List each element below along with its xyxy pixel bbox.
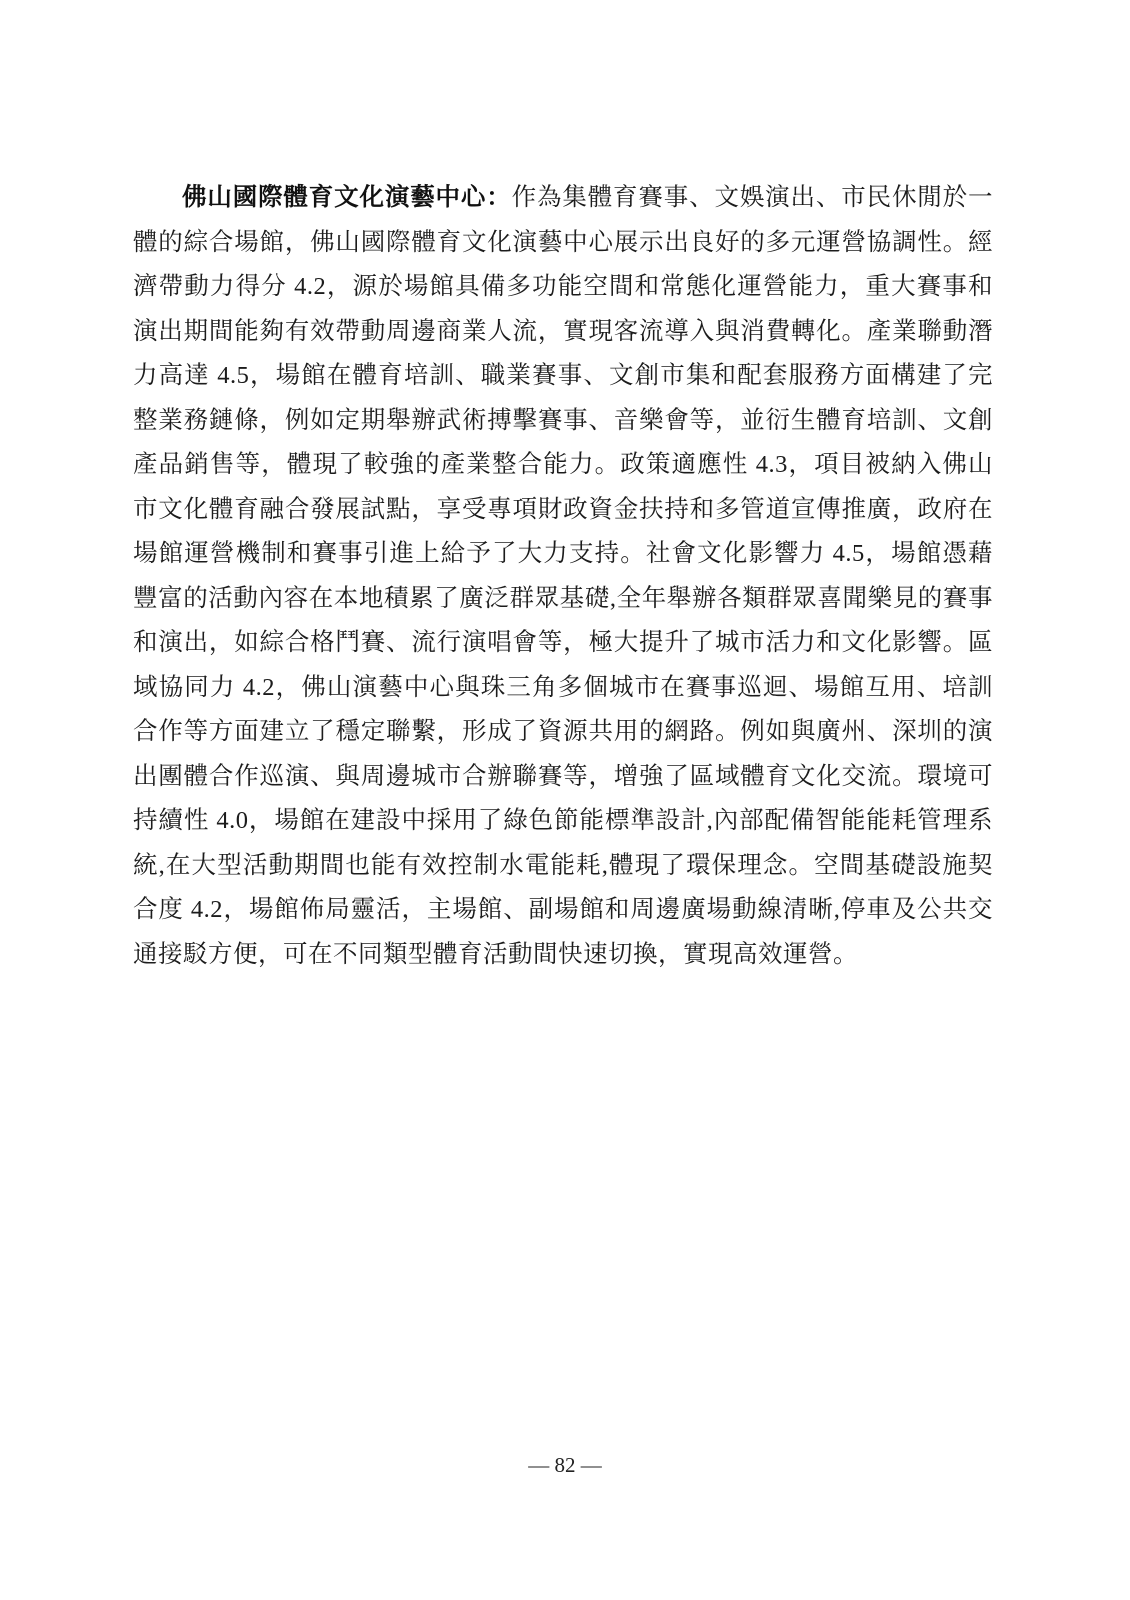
venue-paragraph: 佛山國際體育文化演藝中心：作為集體育賽事、文娛演出、市民休閒於一體的綜合場館，佛…: [133, 176, 993, 977]
page-number: — 82 —: [528, 1453, 602, 1477]
page-footer: — 82 —: [0, 1453, 1130, 1478]
venue-heading: 佛山國際體育文化演藝中心：: [182, 184, 512, 211]
document-page: 佛山國際體育文化演藝中心：作為集體育賽事、文娛演出、市民休閒於一體的綜合場館，佛…: [0, 0, 1130, 1600]
paragraph-body: 作為集體育賽事、文娛演出、市民休閒於一體的綜合場館，佛山國際體育文化演藝中心展示…: [133, 184, 993, 968]
